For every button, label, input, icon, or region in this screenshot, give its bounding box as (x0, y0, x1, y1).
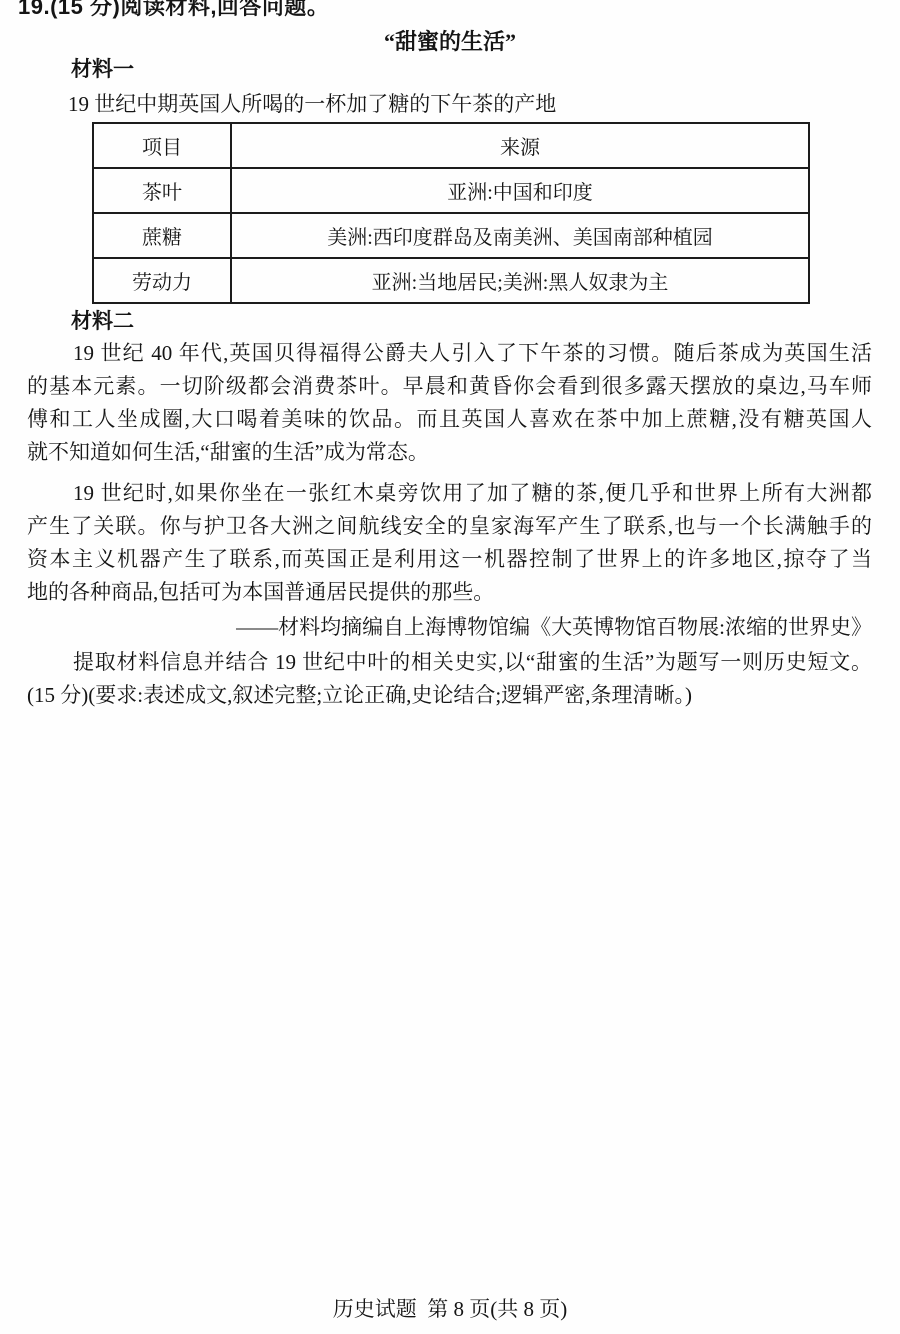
table-header-item: 项目 (93, 123, 231, 168)
source-attribution: ——材料均摘编自上海博物馆编《大英博物馆百物展:浓缩的世界史》 (27, 611, 872, 641)
table-cell-source: 亚洲:当地居民;美洲:黑人奴隶为主 (231, 258, 809, 303)
table-header-source: 来源 (231, 123, 809, 168)
table-cell-item: 茶叶 (93, 168, 231, 213)
material-two-paragraph-2: 19 世纪时,如果你坐在一张红木桌旁饮用了加了糖的茶,便几乎和世界上所有大洲都 … (27, 477, 872, 609)
table-cell-item: 劳动力 (93, 258, 231, 303)
paragraph-line: 19 世纪时,如果你坐在一张红木桌旁饮用了加了糖的茶,便几乎和世界上所有大洲都 (27, 477, 872, 510)
table-header-row: 项目 来源 (93, 123, 809, 168)
table-cell-item: 蔗糖 (93, 213, 231, 258)
table-cell-source: 亚洲:中国和印度 (231, 168, 809, 213)
page-footer: 历史试题 第 8 页(共 8 页) (0, 1293, 900, 1323)
task-line: 提取材料信息并结合 19 世纪中叶的相关史实,以“甜蜜的生活”为题写一则历史短文… (27, 646, 872, 679)
paragraph-line: 就不知道如何生活,“甜蜜的生活”成为常态。 (27, 436, 872, 469)
paragraph-line: 地的各种商品,包括可为本国普通居民提供的那些。 (27, 576, 872, 609)
paragraph-line: 傅和工人坐成圈,大口喝着美味的饮品。而且英国人喜欢在茶中加上蔗糖,没有糖英国人 (27, 403, 872, 436)
essay-title: “甜蜜的生活” (0, 25, 900, 56)
material-two-paragraph-1: 19 世纪 40 年代,英国贝得福得公爵夫人引入了下午茶的习惯。随后茶成为英国生… (27, 337, 872, 469)
table-row: 茶叶 亚洲:中国和印度 (93, 168, 809, 213)
question-number-header: 19.(15 分)阅读材料,回答问题。 (18, 0, 329, 21)
paragraph-line: 资本主义机器产生了联系,而英国正是利用这一机器控制了世界上的许多地区,掠夺了当 (27, 543, 872, 576)
table-caption: 19 世纪中期英国人所喝的一杯加了糖的下午茶的产地 (68, 88, 556, 118)
material-two-label: 材料二 (71, 305, 134, 335)
table-cell-source: 美洲:西印度群岛及南美洲、美国南部种植园 (231, 213, 809, 258)
table-row: 蔗糖 美洲:西印度群岛及南美洲、美国南部种植园 (93, 213, 809, 258)
task-line: (15 分)(要求:表述成文,叙述完整;立论正确,史论结合;逻辑严密,条理清晰。… (27, 679, 872, 712)
material-one-label: 材料一 (71, 53, 134, 83)
paragraph-line: 产生了关联。你与护卫各大洲之间航线安全的皇家海军产生了联系,也与一个长满触手的 (27, 510, 872, 543)
tea-origin-table: 项目 来源 茶叶 亚洲:中国和印度 蔗糖 美洲:西印度群岛及南美洲、美国南部种植… (92, 122, 810, 304)
paragraph-line: 19 世纪 40 年代,英国贝得福得公爵夫人引入了下午茶的习惯。随后茶成为英国生… (27, 337, 872, 370)
table-row: 劳动力 亚洲:当地居民;美洲:黑人奴隶为主 (93, 258, 809, 303)
paragraph-line: 的基本元素。一切阶级都会消费茶叶。早晨和黄昏你会看到很多露天摆放的桌边,马车师 (27, 370, 872, 403)
task-prompt: 提取材料信息并结合 19 世纪中叶的相关史实,以“甜蜜的生活”为题写一则历史短文… (27, 646, 872, 712)
exam-page: 19.(15 分)阅读材料,回答问题。 “甜蜜的生活” 材料一 19 世纪中期英… (0, 0, 900, 1334)
